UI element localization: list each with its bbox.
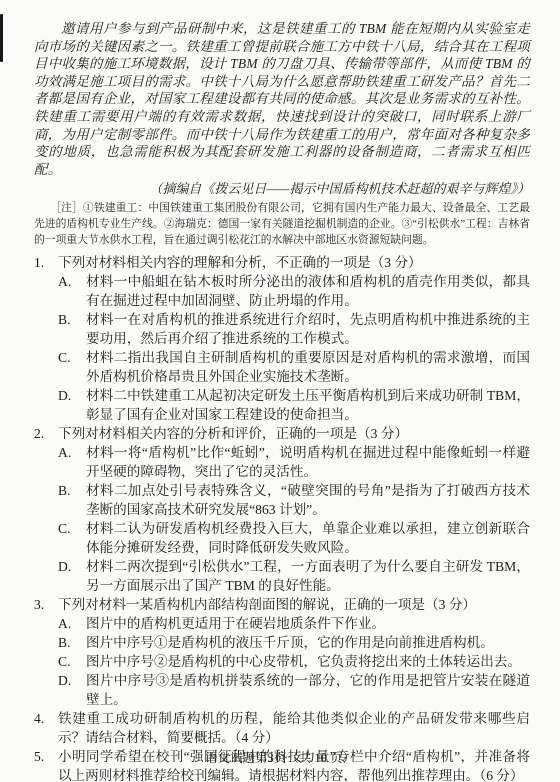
option-label: A. (58, 443, 86, 481)
exam-page: 邀请用户参与到产品研制中来，这是铁建重工的 TBM 能在短期内从实验室走向市场的… (0, 0, 560, 782)
option-text: 图片中序号①是盾构机的液压千斤顶，它的作用是向前推进盾构机。 (86, 633, 530, 652)
passage-attribution: （摘编自《拨云见日——揭示中国盾构机技术赶超的艰辛与辉煌》） (34, 180, 530, 197)
option-text: 材料二加点处引号表特殊含义，“破壁突围的号角”是指为了打破西方技术垄断的国家高技… (86, 481, 530, 519)
reading-passage: 邀请用户参与到产品研制中来，这是铁建重工的 TBM 能在短期内从实验室走向市场的… (34, 20, 530, 248)
option-label: C. (58, 519, 86, 557)
question-stem: 铁建重工成功研制盾构机的历程，能给其他类似企业的产品研发带来哪些启示？请结合材料… (58, 709, 530, 747)
question-1-option-a: A. 材料一中船蛆在钻木板时所分泌出的液体和盾构机的盾壳作用类似，都具有在掘进过… (34, 272, 530, 310)
question-number: 2. (34, 424, 58, 443)
question-1: 1. 下列对材料相关内容的理解和分析，不正确的一项是（3 分） A. 材料一中船… (34, 253, 530, 424)
option-text: 材料一将“盾构机”比作“蚯蚓”，说明盾构机在掘进过程中能像蚯蚓一样避开坚硬的障碍… (86, 443, 530, 481)
question-3-option-c: C. 图片中序号②是盾构机的中心皮带机，它负责将挖出来的土体转运出去。 (34, 652, 530, 671)
question-number: 4. (34, 709, 58, 747)
passage-paragraph: 邀请用户参与到产品研制中来，这是铁建重工的 TBM 能在短期内从实验室走向市场的… (34, 20, 530, 178)
option-text: 材料二指出我国自主研制盾构机的重要原因是对盾构机的需求激增，而国外盾构机价格昂贵… (86, 348, 530, 386)
question-2-option-b: B. 材料二加点处引号表特殊含义，“破壁突围的号角”是指为了打破西方技术垄断的国… (34, 481, 530, 519)
option-text: 图片中的盾构机更适用于在硬岩地质条件下作业。 (86, 614, 530, 633)
question-3: 3. 下列对材料一某盾构机内部结构剖面图的解说，正确的一项是（3 分） A. 图… (34, 595, 530, 709)
option-text: 材料二中铁建重工从起初决定研发土压平衡盾构机到后来成功研制 TBM，彰显了国有企… (86, 386, 530, 424)
question-number: 1. (34, 253, 58, 272)
option-label: B. (58, 633, 86, 652)
option-label: C. (58, 348, 86, 386)
option-label: D. (58, 557, 86, 595)
scan-artifact (0, 14, 3, 62)
question-list: 1. 下列对材料相关内容的理解和分析，不正确的一项是（3 分） A. 材料一中船… (34, 253, 530, 782)
question-stem: 下列对材料一某盾构机内部结构剖面图的解说，正确的一项是（3 分） (58, 595, 530, 614)
option-label: B. (58, 481, 86, 519)
question-stem: 下列对材料相关内容的分析和评价，正确的一项是（3 分） (58, 424, 530, 443)
question-4: 4. 铁建重工成功研制盾构机的历程，能给其他类似企业的产品研发带来哪些启示？请结… (34, 709, 530, 747)
option-text: 图片中序号②是盾构机的中心皮带机，它负责将挖出来的土体转运出去。 (86, 652, 530, 671)
option-text: 材料一在对盾构机的推进系统进行介绍时，先点明盾构机中推进系统的主要功用，然后再介… (86, 310, 530, 348)
option-text: 材料二两次提到“引松供水”工程，一方面表明了为什么要自主研发 TBM，另一方面展… (86, 557, 530, 595)
option-label: D. (58, 386, 86, 424)
option-label: D. (58, 671, 86, 709)
question-stem: 下列对材料相关内容的理解和分析，不正确的一项是（3 分） (58, 253, 530, 272)
option-label: A. (58, 614, 86, 633)
option-text: 材料二认为研发盾构机经费投入巨大，单靠企业难以承担，建立创新联合体能分摊研发经费… (86, 519, 530, 557)
question-2-option-a: A. 材料一将“盾构机”比作“蚯蚓”，说明盾构机在掘进过程中能像蚯蚓一样避开坚硬… (34, 443, 530, 481)
question-1-option-d: D. 材料二中铁建重工从起初决定研发土压平衡盾构机到后来成功研制 TBM，彰显了… (34, 386, 530, 424)
page-footer: 语文试题第3页（共 10 页） (0, 748, 560, 766)
question-1-option-b: B. 材料一在对盾构机的推进系统进行介绍时，先点明盾构机中推进系统的主要功用，然… (34, 310, 530, 348)
question-2-option-c: C. 材料二认为研发盾构机经费投入巨大，单靠企业难以承担，建立创新联合体能分摊研… (34, 519, 530, 557)
option-label: A. (58, 272, 86, 310)
question-number: 3. (34, 595, 58, 614)
passage-note: ［注］①铁建重工：中国铁建重工集团股份有限公司，它拥有国内生产能力最大、设备最全… (34, 201, 530, 248)
question-2: 2. 下列对材料相关内容的分析和评价，正确的一项是（3 分） A. 材料一将“盾… (34, 424, 530, 595)
question-3-option-a: A. 图片中的盾构机更适用于在硬岩地质条件下作业。 (34, 614, 530, 633)
option-label: C. (58, 652, 86, 671)
option-text: 图片中序号③是盾构机拼装系统的一部分，它的作用是把管片安装在隧道壁上。 (86, 671, 530, 709)
question-3-option-b: B. 图片中序号①是盾构机的液压千斤顶，它的作用是向前推进盾构机。 (34, 633, 530, 652)
option-label: B. (58, 310, 86, 348)
question-1-option-c: C. 材料二指出我国自主研制盾构机的重要原因是对盾构机的需求激增，而国外盾构机价… (34, 348, 530, 386)
question-2-option-d: D. 材料二两次提到“引松供水”工程，一方面表明了为什么要自主研发 TBM，另一… (34, 557, 530, 595)
question-3-option-d: D. 图片中序号③是盾构机拼装系统的一部分，它的作用是把管片安装在隧道壁上。 (34, 671, 530, 709)
option-text: 材料一中船蛆在钻木板时所分泌出的液体和盾构机的盾壳作用类似，都具有在掘进过程中加… (86, 272, 530, 310)
